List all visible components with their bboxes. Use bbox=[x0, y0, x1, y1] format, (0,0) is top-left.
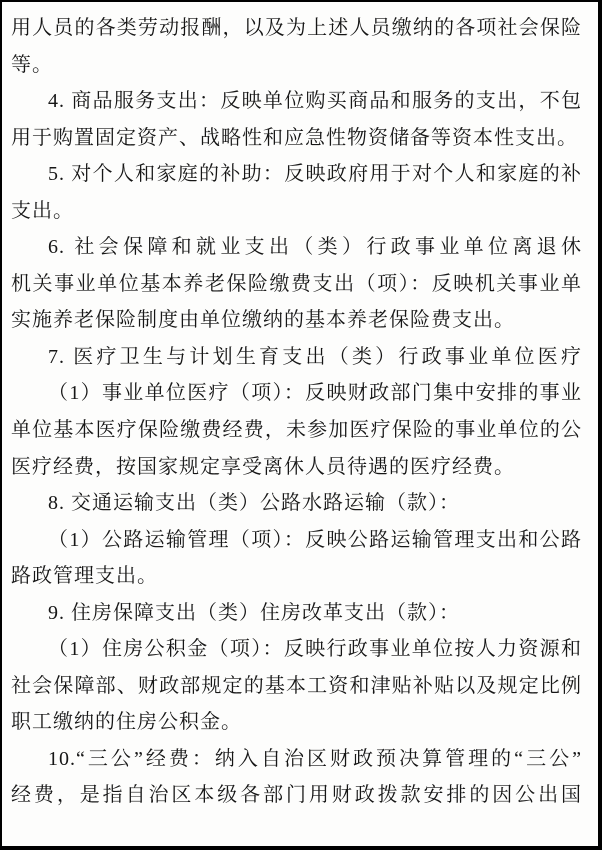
text-line: 用人员的各类劳动报酬，以及为上述人员缴纳的各项社会保险费 bbox=[11, 10, 582, 47]
text-line: 经费，是指自治区本级各部门用财政拨款安排的因公出国（境） bbox=[11, 777, 582, 814]
text-line: 单位基本医疗保险缴费经费，未参加医疗保险的事业单位的公费 bbox=[11, 412, 582, 449]
text-line: 5. 对个人和家庭的补助：反映政府用于对个人和家庭的补助 bbox=[11, 156, 582, 193]
text-line: 医疗经费，按国家规定享受离休人员待遇的医疗经费。 bbox=[11, 449, 582, 486]
text-line: 用于购置固定资产、战略性和应急性物资储备等资本性支出。 bbox=[11, 120, 582, 157]
text-line: （1）公路运输管理（项）：反映公路运输管理支出和公路 bbox=[11, 522, 582, 559]
text-line: 7. 医疗卫生与计划生育支出（类）行政事业单位医疗（款）： bbox=[11, 339, 582, 376]
scanned-document-page: 用人员的各类劳动报酬，以及为上述人员缴纳的各项社会保险费等。4. 商品服务支出：… bbox=[0, 0, 602, 850]
text-line: 机关事业单位基本养老保险缴费支出（项）：反映机关事业单位 bbox=[11, 266, 582, 303]
text-line: 9. 住房保障支出（类）住房改革支出（款）： bbox=[11, 595, 582, 632]
text-line: 支出。 bbox=[11, 193, 582, 230]
text-line: 4. 商品服务支出：反映单位购买商品和服务的支出，不包括 bbox=[11, 83, 582, 120]
text-line: 8. 交通运输支出（类）公路水路运输（款）： bbox=[11, 485, 582, 522]
text-line: 6. 社会保障和就业支出（类）行政事业单位离退休（款）： bbox=[11, 229, 582, 266]
text-line: （1）事业单位医疗（项）：反映财政部门集中安排的事业 bbox=[11, 375, 582, 412]
text-line: （1）住房公积金（项）：反映行政事业单位按人力资源和 bbox=[11, 631, 582, 668]
text-line: 10.“三公”经费：纳入自治区财政预决算管理的“三公” bbox=[11, 741, 582, 778]
text-line: 路政管理支出。 bbox=[11, 558, 582, 595]
text-line: 职工缴纳的住房公积金。 bbox=[11, 704, 582, 741]
text-line: 社会保障部、财政部规定的基本工资和津贴补贴以及规定比例为 bbox=[11, 668, 582, 705]
document-text-body: 用人员的各类劳动报酬，以及为上述人员缴纳的各项社会保险费等。4. 商品服务支出：… bbox=[11, 10, 582, 814]
text-line: 等。 bbox=[11, 47, 582, 84]
text-line: 实施养老保险制度由单位缴纳的基本养老保险费支出。 bbox=[11, 302, 582, 339]
